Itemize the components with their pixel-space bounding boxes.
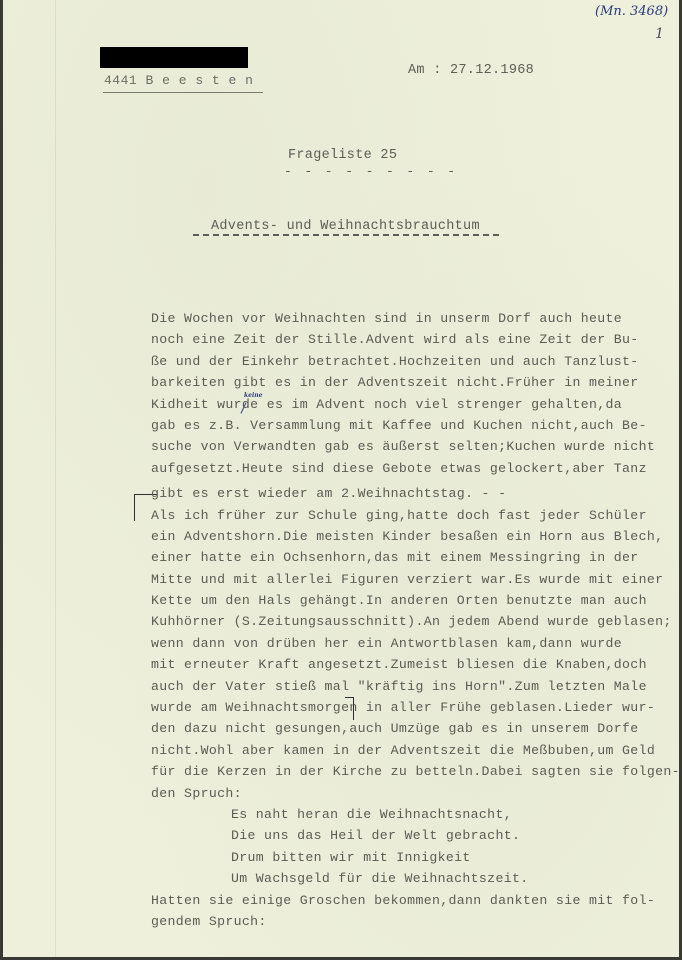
text-line: Mitte und mit allerlei Figuren verziert … [151,569,680,590]
text-line: Hatten sie einige Groschen bekommen,dann… [151,890,680,911]
text-line: Als ich früher zur Schule ging,hatte doc… [151,505,680,526]
text-line: Die uns das Heil der Welt gebracht. [151,825,680,846]
text-line: Um Wachsgeld für die Weihnachtszeit. [151,868,680,889]
document-page: (Mn. 3468) 1 4441 B e e s t e n Am : 27.… [3,0,679,957]
text-line: noch eine Zeit der Stille.Advent wird al… [151,329,680,350]
text-line: wenn dann von drüben her ein Antwortblas… [151,633,680,654]
text-line: Es naht heran die Weihnachtsnacht, [151,804,680,825]
text-line: einer hatte ein Ochsenhorn,das mit einem… [151,547,680,568]
text-line: gibt es erst wieder am 2.Weihnachtstag. … [151,483,680,504]
text-line: Kidheit wurde es im Advent noch viel str… [151,394,680,415]
text-line: Die Wochen vor Weihnachten sind in unser… [151,308,680,329]
text-line: Kuhhörner (S.Zeitungsausschnitt).An jede… [151,611,680,632]
text-line: für die Kerzen in der Kirche zu betteln.… [151,761,680,782]
text-line: den dazu nicht gesungen,auch Umzüge gab … [151,718,680,739]
text-line: ße und der Einkehr betrachtet.Hochzeiten… [151,351,680,372]
document-title: Frageliste 25 [288,148,397,163]
text-line: Kette um den Hals gehängt.In anderen Ort… [151,590,680,611]
text-line: Drum bitten wir mit Innigkeit [151,847,680,868]
document-subtitle: Advents- und Weihnachtsbrauchtum [211,219,480,234]
place-underline [103,92,263,93]
text-line: mit erneuter Kraft angesetzt.Zumeist bli… [151,654,680,675]
handwritten-archive-number: (Mn. 3468) [595,4,668,19]
text-line: gab es z.B. Versammlung mit Kaffee und K… [151,415,680,436]
document-date: Am : 27.12.1968 [408,63,534,78]
text-line: nicht.Wohl aber kamen in der Adventszeit… [151,740,680,761]
text-line: barkeiten gibt es in der Adventszeit nic… [151,372,680,393]
paper-fold-line [55,0,56,957]
document-body: Die Wochen vor Weihnachten sind in unser… [151,308,680,932]
text-line: ein Adventshorn.Die meisten Kinder besaß… [151,526,680,547]
handwritten-page-number: 1 [655,26,664,42]
text-line: gendem Spruch: [151,911,680,932]
subtitle-underline [193,234,499,236]
text-line: aufgesetzt.Heute sind diese Gebote etwas… [151,458,680,479]
text-line: suche von Verwandten gab es äußerst selt… [151,436,680,457]
redacted-sender-name [100,47,248,68]
sender-place: 4441 B e e s t e n [104,73,253,88]
text-line: wurde am Weihnachtsmorgen in aller Frühe… [151,697,680,718]
text-line: auch der Vater stieß mal "kräftig ins Ho… [151,676,680,697]
text-line: den Spruch: [151,783,680,804]
title-underline: - - - - - - - - - [284,164,457,179]
